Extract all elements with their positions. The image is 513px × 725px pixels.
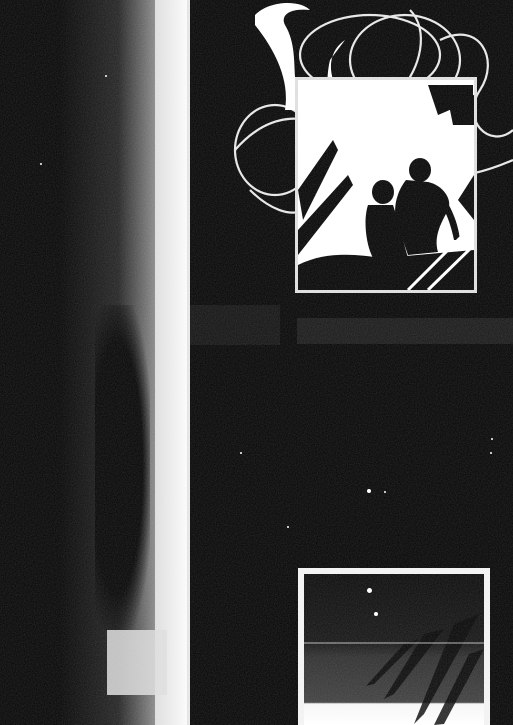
texture-band (190, 305, 280, 345)
dark-shadow-shape (95, 305, 150, 630)
bright-star (367, 588, 372, 593)
star-speck (491, 438, 493, 440)
star-speck (240, 452, 242, 454)
bottom-panel-frame (298, 568, 490, 725)
bright-star (374, 612, 378, 616)
dark-diagonal-streaks (304, 574, 484, 725)
star-speck (367, 489, 371, 493)
couple-silhouette-scene (298, 80, 474, 290)
star-speck (105, 75, 107, 77)
illustration-canvas (0, 0, 513, 725)
star-speck (384, 491, 386, 493)
star-speck (490, 452, 492, 454)
star-speck (40, 163, 42, 165)
texture-band (297, 318, 513, 344)
star-speck (287, 526, 289, 528)
light-block (107, 630, 167, 695)
top-panel-frame (298, 80, 474, 290)
white-vertical-band (155, 0, 187, 725)
night-sky-scene (304, 574, 484, 725)
